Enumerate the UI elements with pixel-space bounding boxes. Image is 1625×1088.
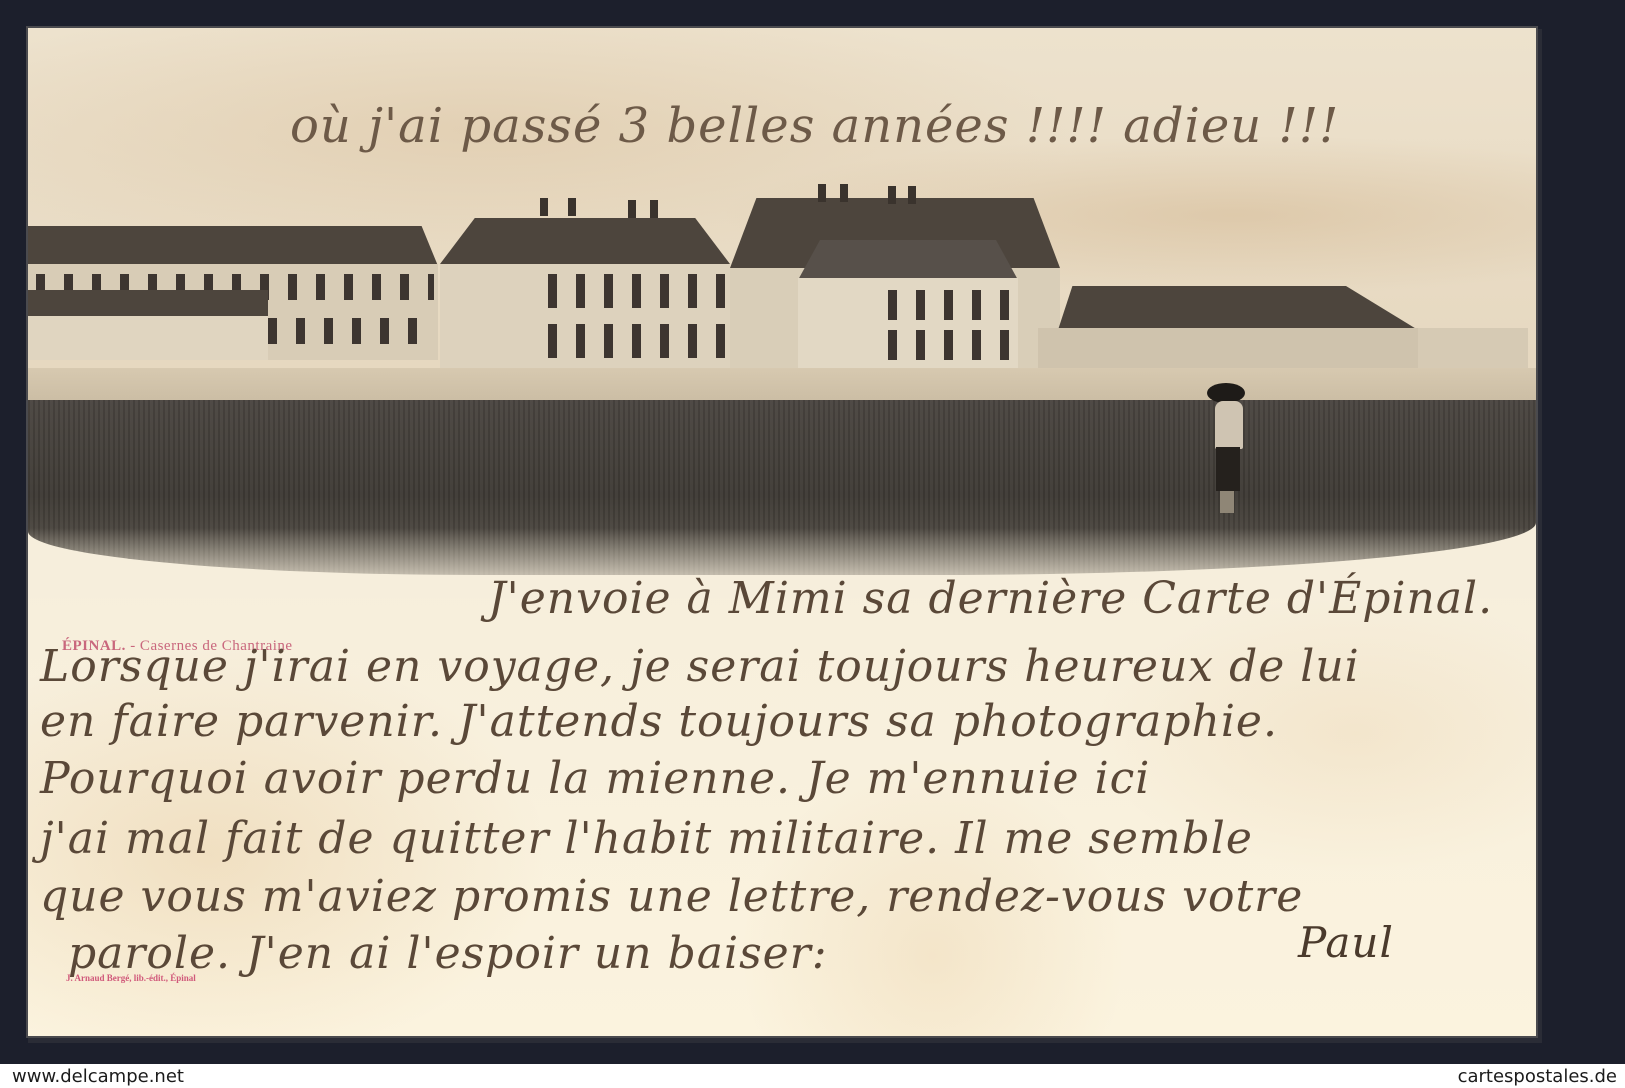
watermark-cartespostales: cartespostales.de [1458,1066,1617,1087]
watermark-delcampe: www.delcampe.net [12,1066,184,1087]
hat [1207,383,1245,403]
message-line: en faire parvenir. J'attends toujours sa… [40,696,1278,747]
signature: Paul [1298,918,1394,967]
handwritten-sky-note: où j'ai passé 3 belles années !!!! adieu… [290,98,1339,154]
message-line: j'ai mal fait de quitter l'habit militai… [40,813,1253,864]
message-line: parole. J'en ai l'espoir un baiser: [68,928,828,979]
windows [888,330,1016,360]
building-roof-front [798,240,1018,280]
message-line: Lorsque j'irai en voyage, je serai toujo… [40,641,1360,692]
chimney [628,200,636,218]
chimney [840,184,848,202]
postcard-photo: où j'ai passé 3 belles années !!!! adieu… [28,28,1536,588]
chimney [888,186,896,204]
chimney [908,186,916,204]
building-roof-left [28,226,438,266]
scaffold-right [1418,328,1528,370]
chimney [568,198,576,216]
chimney [818,184,826,202]
shed [28,316,268,360]
windows [548,274,728,308]
windows [268,318,434,344]
torso [1215,401,1243,449]
message-line: que vous m'aviez promis une lettre, rend… [40,871,1303,922]
message-line: Pourquoi avoir perdu la mienne. Je m'enn… [40,753,1150,804]
postcard: où j'ai passé 3 belles années !!!! adieu… [28,28,1536,1036]
building-roof-center-left [440,218,730,264]
shed-roof [28,290,268,316]
chimney [650,200,658,218]
windows [888,290,1016,320]
legs [1216,447,1240,491]
message-line: J'envoie à Mimi sa dernière Carte d'Épin… [488,573,1493,624]
publisher-imprint: J. Arnaud Bergé, lib.-édit., Épinal [66,973,196,983]
chimney [540,198,548,216]
feet [1220,491,1234,513]
windows [548,324,728,358]
child-figure [1203,383,1253,523]
building-right [1038,328,1418,370]
